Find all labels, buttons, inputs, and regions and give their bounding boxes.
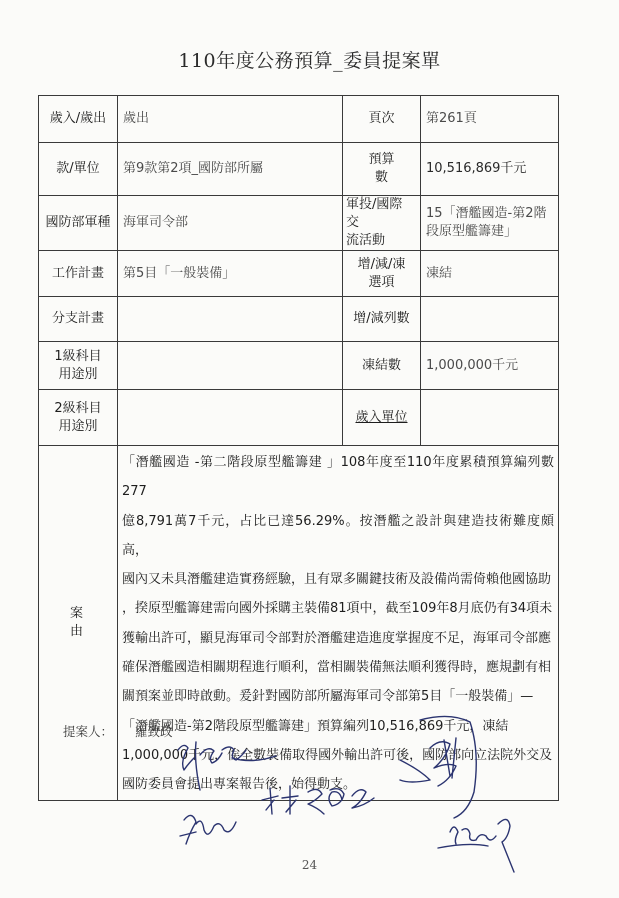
label-adjust-option-line1: 增/減/凍 bbox=[348, 256, 415, 274]
label-adjust-option: 增/減/凍 選項 bbox=[343, 251, 421, 297]
reason-line: ，揆原型艦籌建需向國外採購主裝備81項中，截至109年8月底仍有34項未 bbox=[122, 594, 554, 623]
value-level2-subject bbox=[118, 390, 343, 446]
reason-line: 國防委員會提出專案報告後，始得動支。 bbox=[122, 770, 554, 799]
value-work-plan: 第5目「一般裝備」 bbox=[118, 251, 343, 297]
reason-line: 億8,791萬7千元，占比已達56.29%。按潛艦之設計與建造技術難度頗高， bbox=[122, 507, 554, 566]
label-level1-subject-line2: 用途別 bbox=[44, 366, 112, 384]
label-sub-plan: 分支計畫 bbox=[39, 297, 118, 342]
reason-line: 獲輸出許可，顯見海軍司令部對於潛艦建造進度掌握度不足，海軍司令部應 bbox=[122, 624, 554, 653]
row-work-plan: 工作計畫 第5目「一般裝備」 增/減/凍 選項 凍結 bbox=[39, 251, 559, 297]
row-section-unit: 款/單位 第9款第2項_國防部所屬 預算 數 10,516,869千元 bbox=[39, 143, 559, 196]
label-page: 頁次 bbox=[343, 96, 421, 143]
reason-line: 1,000,000千元，俟全數裝備取得國外輸出許可後，國防部向立法院外交及 bbox=[122, 741, 554, 770]
value-military-branch: 海軍司令部 bbox=[118, 196, 343, 251]
row-level1-subject: 1級科目 用途別 凍結數 1,000,000千元 bbox=[39, 342, 559, 390]
reason-line: 確保潛艦國造相關期程進行順利，當相關裝備無法順利獲得時，應規劃有相 bbox=[122, 653, 554, 682]
value-military-investment-line2: 段原型艦籌建」 bbox=[426, 223, 553, 241]
label-level1-subject-line1: 1級科目 bbox=[44, 348, 112, 366]
value-level1-subject bbox=[118, 342, 343, 390]
value-frozen-amount: 1,000,000千元 bbox=[421, 342, 559, 390]
reason-line: 關預案並即時啟動。爰針對國防部所屬海軍司令部第5目「一般裝備」— bbox=[122, 682, 554, 711]
label-adjust-amount: 增/減列數 bbox=[343, 297, 421, 342]
label-frozen-amount: 凍結數 bbox=[343, 342, 421, 390]
label-level2-subject: 2級科目 用途別 bbox=[39, 390, 118, 446]
label-military-investment-line1: 軍投/國際交 bbox=[346, 196, 415, 232]
label-level2-subject-line2: 用途別 bbox=[44, 418, 112, 436]
value-adjust-amount bbox=[421, 297, 559, 342]
proposal-form-table: 歲入/歲出 歲出 頁次 第261頁 款/單位 第9款第2項_國防部所屬 預算 數… bbox=[38, 95, 559, 801]
label-section-unit: 款/單位 bbox=[39, 143, 118, 196]
value-revenue-unit bbox=[421, 390, 559, 446]
label-adjust-option-line2: 選項 bbox=[348, 274, 415, 292]
value-budget-amount: 10,516,869千元 bbox=[421, 143, 559, 196]
label-level2-subject-line1: 2級科目 bbox=[44, 400, 112, 418]
reason-line: 「潛艦國造-第2階段原型艦籌建」預算編列10,516,869千元，凍結 bbox=[122, 712, 554, 741]
value-adjust-option: 凍結 bbox=[421, 251, 559, 297]
page-title: 110年度公務預算_委員提案單 bbox=[0, 46, 619, 73]
value-section-unit: 第9款第2項_國防部所屬 bbox=[118, 143, 343, 196]
value-military-investment: 15「潛艦國造-第2階 段原型艦籌建」 bbox=[421, 196, 559, 251]
label-revenue-unit: 歲入單位 bbox=[343, 390, 421, 446]
reason-line: 「潛艦國造 -第二階段原型艦籌建 」108年度至110年度累積預算編列數277 bbox=[122, 448, 554, 507]
label-military-branch: 國防部軍種 bbox=[39, 196, 118, 251]
label-budget-amount-line1: 預算 bbox=[348, 151, 415, 169]
proposer-label: 提案人： bbox=[63, 724, 113, 739]
value-revenue-expenditure: 歲出 bbox=[118, 96, 343, 143]
label-budget-amount-line2: 數 bbox=[348, 169, 415, 187]
reason-line: 國內又未具潛艦建造實務經驗，且有眾多關鍵技術及設備尚需倚賴他國協助 bbox=[122, 565, 554, 594]
label-revenue-unit-text: 歲入單位 bbox=[355, 410, 407, 425]
label-level1-subject: 1級科目 用途別 bbox=[39, 342, 118, 390]
proposer: 提案人：羅致政 bbox=[63, 722, 173, 740]
value-military-investment-line1: 15「潛艦國造-第2階 bbox=[426, 205, 553, 223]
signature-4 bbox=[180, 815, 236, 844]
row-revenue-expenditure: 歲入/歲出 歲出 頁次 第261頁 bbox=[39, 96, 559, 143]
row-military-branch: 國防部軍種 海軍司令部 軍投/國際交 流活動 15「潛艦國造-第2階 段原型艦籌… bbox=[39, 196, 559, 251]
label-work-plan: 工作計畫 bbox=[39, 251, 118, 297]
label-revenue-expenditure: 歲入/歲出 bbox=[39, 96, 118, 143]
reason-text: 「潛艦國造 -第二階段原型艦籌建 」108年度至110年度累積預算編列數277 … bbox=[118, 446, 559, 801]
label-military-investment-line2: 流活動 bbox=[346, 232, 415, 250]
label-reason: 案由 bbox=[39, 446, 118, 801]
label-budget-amount: 預算 數 bbox=[343, 143, 421, 196]
label-military-investment: 軍投/國際交 流活動 bbox=[343, 196, 421, 251]
value-page: 第261頁 bbox=[421, 96, 559, 143]
row-level2-subject: 2級科目 用途別 歲入單位 bbox=[39, 390, 559, 446]
row-sub-plan: 分支計畫 增/減列數 bbox=[39, 297, 559, 342]
page-number: 24 bbox=[0, 858, 619, 872]
proposer-name: 羅致政 bbox=[135, 724, 173, 739]
row-reason: 案由 「潛艦國造 -第二階段原型艦籌建 」108年度至110年度累積預算編列數2… bbox=[39, 446, 559, 801]
value-sub-plan bbox=[118, 297, 343, 342]
